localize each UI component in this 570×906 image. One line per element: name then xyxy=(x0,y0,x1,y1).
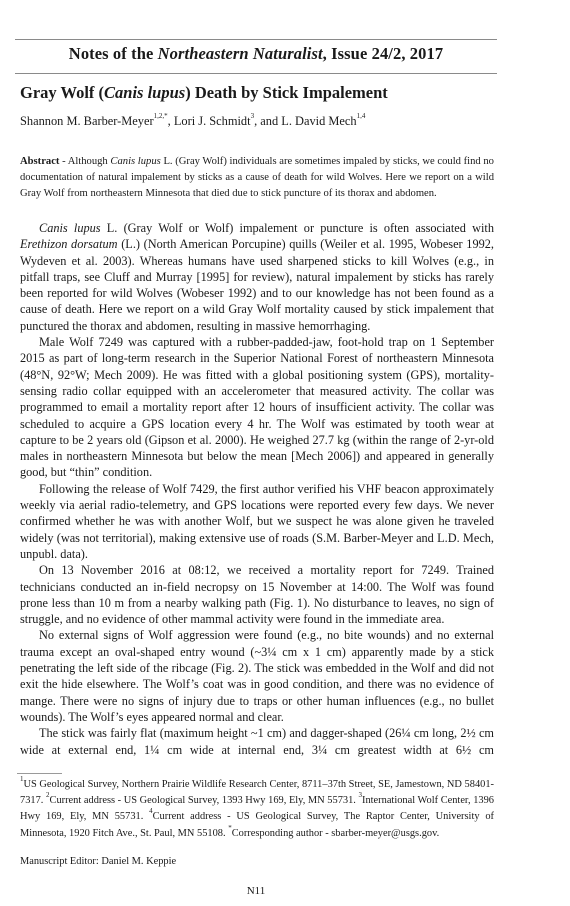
footnote-text: Corresponding author - sbarber-meyer@usg… xyxy=(232,828,440,839)
author-list: Shannon M. Barber-Meyer1,2,*, Lori J. Sc… xyxy=(20,114,365,129)
journal-prefix: Notes of the xyxy=(69,44,158,63)
footnotes: 1US Geological Survey, Northern Prairie … xyxy=(20,777,494,842)
paragraph: No external signs of Wolf aggression wer… xyxy=(20,627,494,725)
title-suffix: ) Death by Stick Impalement xyxy=(185,83,388,102)
author-name: Shannon M. Barber-Meyer xyxy=(20,114,154,128)
author: Shannon M. Barber-Meyer1,2,*, xyxy=(20,114,174,128)
footnote-mark: 2 xyxy=(46,791,50,799)
article-body: Canis lupus L. (Gray Wolf or Wolf) impal… xyxy=(20,220,494,758)
header-bottom-rule xyxy=(15,73,497,74)
paragraph: Following the release of Wolf 7429, the … xyxy=(20,481,494,562)
paragraph: Canis lupus L. (Gray Wolf or Wolf) impal… xyxy=(20,220,494,334)
species-name: Erethizon dorsatum xyxy=(20,237,118,251)
title-prefix: Gray Wolf ( xyxy=(20,83,104,102)
author-name: L. David Mech xyxy=(281,114,356,128)
article-title: Gray Wolf (Canis lupus) Death by Stick I… xyxy=(20,83,388,103)
journal-issue: , Issue 24/2, 2017 xyxy=(323,44,444,63)
species-name: Canis lupus xyxy=(39,221,101,235)
paragraph: Male Wolf 7249 was captured with a rubbe… xyxy=(20,334,494,481)
paragraph-text: (L.) (North American Porcupine) quills (… xyxy=(20,237,494,332)
title-species: Canis lupus xyxy=(104,83,185,102)
abstract-label: Abstract xyxy=(20,156,59,167)
author: L. David Mech1,4 xyxy=(281,114,365,128)
footnote-mark: * xyxy=(228,824,232,832)
abstract-text: - Although xyxy=(59,156,110,167)
footnote-mark: 4 xyxy=(149,807,153,815)
journal-header: Notes of the Northeastern Naturalist, Is… xyxy=(15,44,497,64)
header-top-rule xyxy=(15,39,497,40)
author-affiliation: 1,4 xyxy=(357,112,366,120)
paragraph-text: L. (Gray Wolf or Wolf) impalement or pun… xyxy=(101,221,494,235)
footnote-mark: 3 xyxy=(359,791,363,799)
abstract-species: Canis lupus xyxy=(110,156,160,167)
footnote-separator xyxy=(17,773,62,774)
journal-page: Notes of the Northeastern Naturalist, Is… xyxy=(0,0,570,906)
footnote-text: Current address - US Geological Survey, … xyxy=(50,795,359,806)
paragraph: The stick was fairly flat (maximum heigh… xyxy=(20,725,494,758)
author-separator: , and xyxy=(254,114,281,128)
manuscript-editor: Manuscript Editor: Daniel M. Keppie xyxy=(20,856,176,867)
author-name: Lori J. Schmidt xyxy=(174,114,251,128)
author-affiliation: 1,2,* xyxy=(154,112,168,120)
abstract: Abstract - Although Canis lupus L. (Gray… xyxy=(20,154,494,203)
paragraph: On 13 November 2016 at 08:12, we receive… xyxy=(20,562,494,627)
journal-name: Northeastern Naturalist xyxy=(158,44,323,63)
author: Lori J. Schmidt3, and xyxy=(174,114,281,128)
footnote-mark: 1 xyxy=(20,775,24,783)
author-affiliation: 3 xyxy=(251,112,255,120)
page-number: N11 xyxy=(0,885,512,897)
